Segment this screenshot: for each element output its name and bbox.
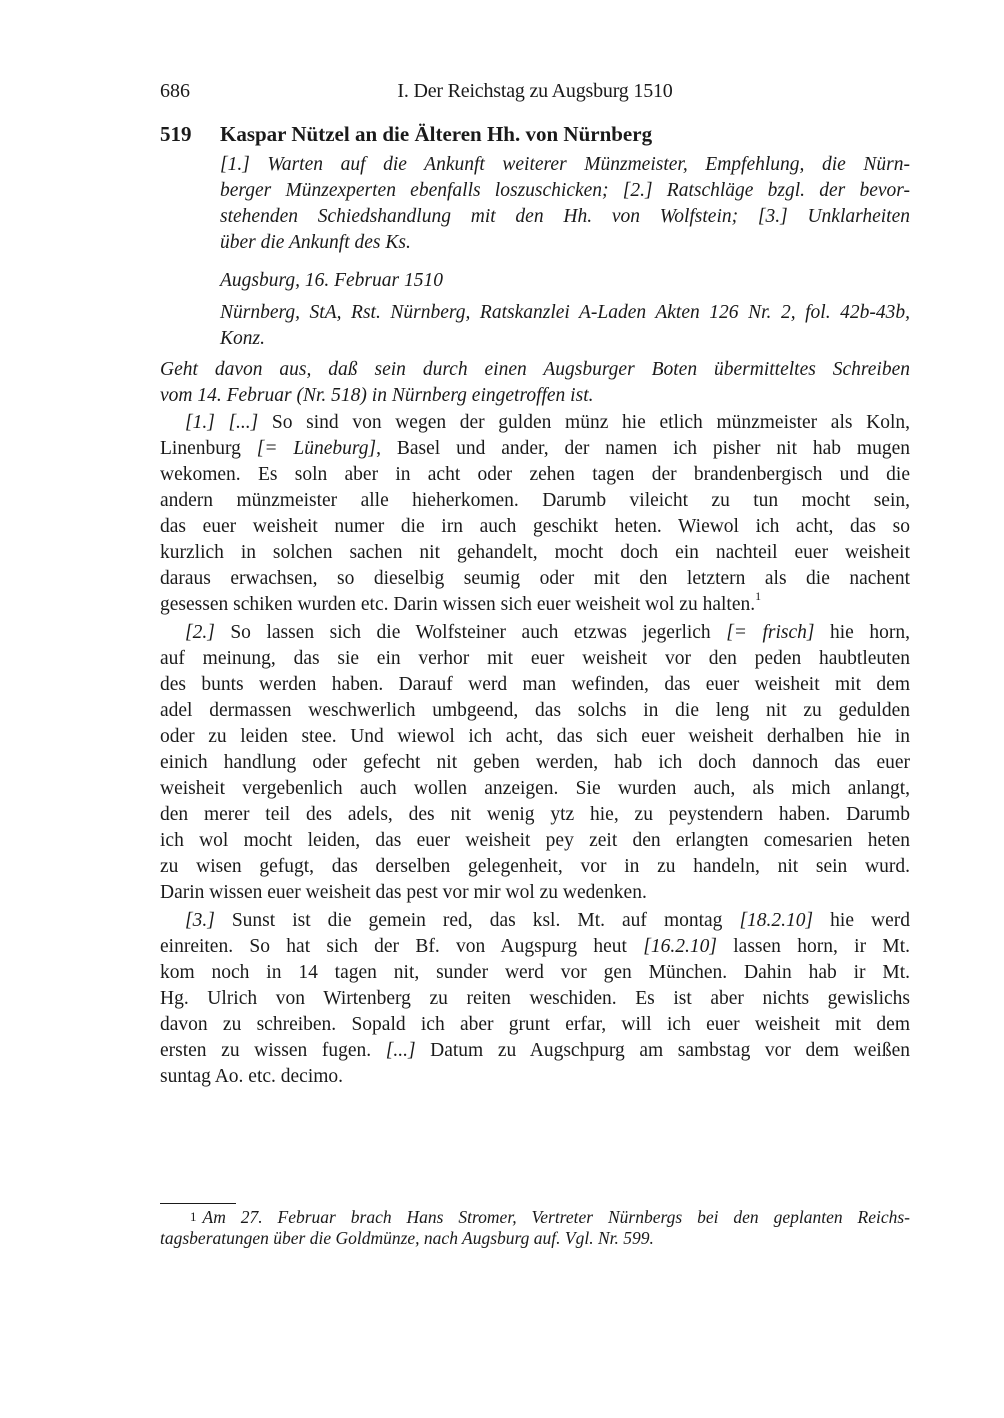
preface-line: Geht davon aus, daß sein durch einen Aug… [160,357,910,383]
editorial-date: [16.2.10] [643,936,717,957]
document-heading: 519Kaspar Nützel an die Älteren Hh. von … [160,122,652,147]
text-line: ich wol mocht leiden, das euer weisheit … [160,828,910,854]
editorial-date: [18.2.10] [739,910,813,931]
text-line: Linenburg [= Lüneburg], Basel und ander,… [160,436,910,462]
text-line: Hg. Ulrich von Wirtenberg zu reiten wesc… [160,986,910,1012]
footnote-mark: 1 [160,1209,203,1224]
text-line: einreiten. So hat sich der Bf. von Augsp… [160,934,910,960]
text-line: ersten zu wissen fugen. [...] Datum zu A… [160,1038,910,1064]
text-line: kurzlich in solchen sachen nit gehandelt… [160,540,910,566]
editorial-gloss: [= Lüneburg] [257,438,376,459]
section-marker: [1.] [...] [185,412,258,433]
place-date-text: Augsburg, 16. Februar 1510 [220,268,910,294]
document-title: Kaspar Nützel an die Älteren Hh. von Nür… [220,122,652,146]
regest-line: berger Münzexperten ebenfalls loszuschic… [220,178,910,204]
section-marker: [2.] [185,622,215,643]
text-line: andern münzmeister alle hieherkomen. Dar… [160,488,910,514]
regest-line: über die Ankunft des Ks. [220,230,910,256]
regest-line: [1.] Warten auf die Ankunft weiterer Mün… [220,152,910,178]
source-line: Nürnberg, StA, Rst. Nürnberg, Ratskanzle… [220,300,910,326]
text-line: auf meinung, das sie ein verhor mit euer… [160,646,910,672]
footnote-rule [160,1203,236,1204]
paragraph-1: [1.] [...] So sind von wegen der gulden … [160,410,910,618]
text-line: [3.] Sunst ist die gemein red, das ksl. … [160,908,910,934]
source-reference: Nürnberg, StA, Rst. Nürnberg, Ratskanzle… [220,300,910,352]
text-line: kom noch in 14 tagen nit, sunder werd vo… [160,960,910,986]
source-line: Konz. [220,326,910,352]
text-line: suntag Ao. etc. decimo. [160,1064,910,1090]
text-line: daraus erwachsen, so dieselbig seumig od… [160,566,910,592]
text-line: gesessen schiken wurden etc. Darin wisse… [160,592,910,618]
paragraph-2: [2.] So lassen sich die Wolfsteiner auch… [160,620,910,906]
editorial-gloss: [= frisch] [726,622,814,643]
text-line: das euer weisheit numer die irn auch ges… [160,514,910,540]
text-line: den merer teil des adels, des nit wenig … [160,802,910,828]
regest: [1.] Warten auf die Ankunft weiterer Mün… [220,152,910,256]
text-line: wekomen. Es soln aber in acht oder zehen… [160,462,910,488]
document-number: 519 [160,122,220,147]
footnote-line: tagsberatungen über die Goldmünze, nach … [160,1228,910,1249]
running-title: I. Der Reichstag zu Augsburg 1510 [160,80,910,103]
text-line: [2.] So lassen sich die Wolfsteiner auch… [160,620,910,646]
omission-mark: [...] [386,1040,416,1061]
section-marker: [3.] [185,910,215,931]
footnote-1: 1Am 27. Februar brach Hans Stromer, Vert… [160,1207,910,1249]
text-line: oder zu leiden stee. Und wiewol ich acht… [160,724,910,750]
text-line: einich handlung oder gefecht nit geben w… [160,750,910,776]
text-line: adel dermassen weschwerlich umbgeend, da… [160,698,910,724]
text-line: davon zu schreiben. Sopald ich aber grun… [160,1012,910,1038]
text-line: [1.] [...] So sind von wegen der gulden … [160,410,910,436]
running-head: 686 I. Der Reichstag zu Augsburg 1510 [160,80,910,106]
footnote-reference[interactable]: 1 [755,589,761,603]
text-line: zu wisen gefugt, das derselben gelegenhe… [160,854,910,880]
preface-note: Geht davon aus, daß sein durch einen Aug… [160,357,910,409]
footnote-line: 1Am 27. Februar brach Hans Stromer, Vert… [160,1207,910,1228]
regest-line: stehenden Schiedshandlung mit den Hh. vo… [220,204,910,230]
paragraph-3: [3.] Sunst ist die gemein red, das ksl. … [160,908,910,1090]
text-line: Darin wissen euer weisheit das pest vor … [160,880,910,906]
text-line: weisheit vergebenlich auch wollen anzeig… [160,776,910,802]
place-date: Augsburg, 16. Februar 1510 [220,268,910,294]
text-line: des bunts werden haben. Darauf werd man … [160,672,910,698]
preface-line: vom 14. Februar (Nr. 518) in Nürnberg ei… [160,383,910,409]
